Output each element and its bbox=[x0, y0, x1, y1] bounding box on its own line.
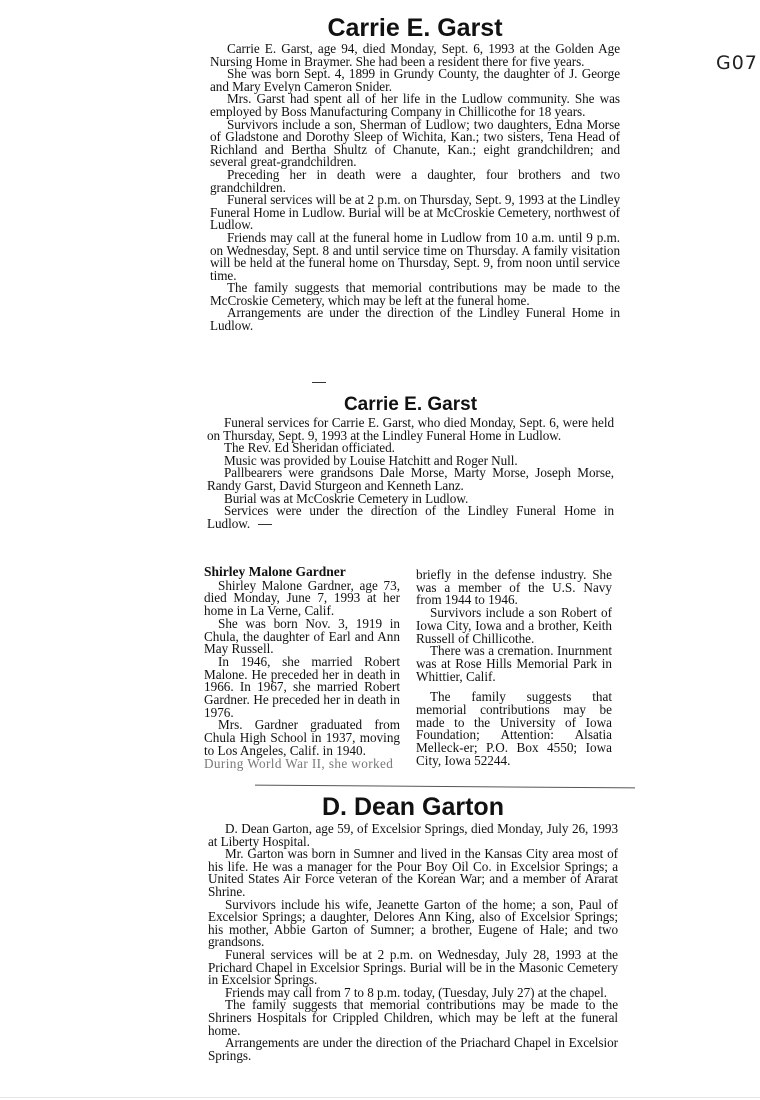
paragraph: Carrie E. Garst, age 94, died Monday, Se… bbox=[210, 43, 620, 68]
paragraph: Survivors include his wife, Jeanette Gar… bbox=[208, 899, 618, 949]
paragraph: There was a cremation. Inurnment was at … bbox=[416, 645, 612, 683]
obituary-gardner-right-column: briefly in the defense industry. She was… bbox=[416, 569, 612, 768]
paragraph-text: Services were under the direction of the… bbox=[207, 503, 614, 531]
paragraph: Funeral services will be at 2 p.m. on We… bbox=[208, 949, 618, 987]
paragraph: Services were under the direction of the… bbox=[207, 505, 614, 530]
obituary-body: Carrie E. Garst, age 94, died Monday, Se… bbox=[210, 43, 620, 333]
paragraph: Mr. Garton was born in Sumner and lived … bbox=[208, 848, 618, 898]
obituary-title: D. Dean Garton bbox=[208, 795, 618, 820]
paragraph: Preceding her in death were a daughter, … bbox=[210, 169, 620, 194]
paragraph: In 1946, she married Robert Malone. He p… bbox=[204, 656, 400, 720]
paragraph: The family suggests that memorial contri… bbox=[210, 282, 620, 307]
paragraph: Friends may call at the funeral home in … bbox=[210, 232, 620, 282]
obituary-dean-garton: D. Dean Garton D. Dean Garton, age 59, o… bbox=[208, 795, 618, 1062]
separator-dash bbox=[312, 382, 326, 383]
obituary-carrie-garst: Carrie E. Garst Carrie E. Garst, age 94,… bbox=[210, 16, 620, 333]
paragraph: D. Dean Garton, age 59, of Excelsior Spr… bbox=[208, 823, 618, 848]
paragraph: Funeral services will be at 2 p.m. on Th… bbox=[210, 194, 620, 232]
paragraph: She was born Sept. 4, 1899 in Grundy Cou… bbox=[210, 68, 620, 93]
paragraph: Shirley Malone Gardner, age 73, died Mon… bbox=[204, 580, 400, 618]
obituary-body: Funeral services for Carrie E. Garst, wh… bbox=[207, 417, 614, 530]
paragraph: Mrs. Gardner graduated from Chula High S… bbox=[204, 719, 400, 757]
obituary-title: Carrie E. Garst bbox=[207, 395, 614, 414]
paragraph: Pallbearers were grandsons Dale Morse, M… bbox=[207, 467, 614, 492]
paragraph: Arrangements are under the direction of … bbox=[208, 1037, 618, 1062]
funeral-notice-carrie-garst: Carrie E. Garst Funeral services for Car… bbox=[207, 395, 614, 530]
obituary-gardner-left-column: Shirley Malone Gardner Shirley Malone Ga… bbox=[204, 566, 400, 770]
handwritten-page-code: G07 bbox=[716, 52, 758, 74]
paragraph: Survivors include a son, Sherman of Ludl… bbox=[210, 119, 620, 169]
obituary-title: Shirley Malone Gardner bbox=[204, 566, 400, 579]
paragraph: Mrs. Garst had spent all of her life in … bbox=[210, 93, 620, 118]
obituary-body: D. Dean Garton, age 59, of Excelsior Spr… bbox=[208, 823, 618, 1062]
scanned-page: G07 Carrie E. Garst Carrie E. Garst, age… bbox=[0, 0, 760, 1100]
paragraph: Funeral services for Carrie E. Garst, wh… bbox=[207, 417, 614, 442]
paragraph: The family suggests that memorial contri… bbox=[416, 691, 612, 767]
paragraph: Survivors include a son Robert of Iowa C… bbox=[416, 607, 612, 645]
paragraph: She was born Nov. 3, 1919 in Chula, the … bbox=[204, 618, 400, 656]
smudged-line: During World War II, she worked bbox=[204, 758, 400, 771]
paragraph: Arrangements are under the direction of … bbox=[210, 307, 620, 332]
clipping-edge-rule bbox=[255, 785, 635, 789]
obituary-title: Carrie E. Garst bbox=[210, 16, 620, 41]
separator-dash bbox=[258, 524, 272, 525]
paragraph: briefly in the defense industry. She was… bbox=[416, 569, 612, 607]
page-bottom-edge bbox=[0, 1097, 760, 1098]
paragraph: The family suggests that memorial contri… bbox=[208, 999, 618, 1037]
